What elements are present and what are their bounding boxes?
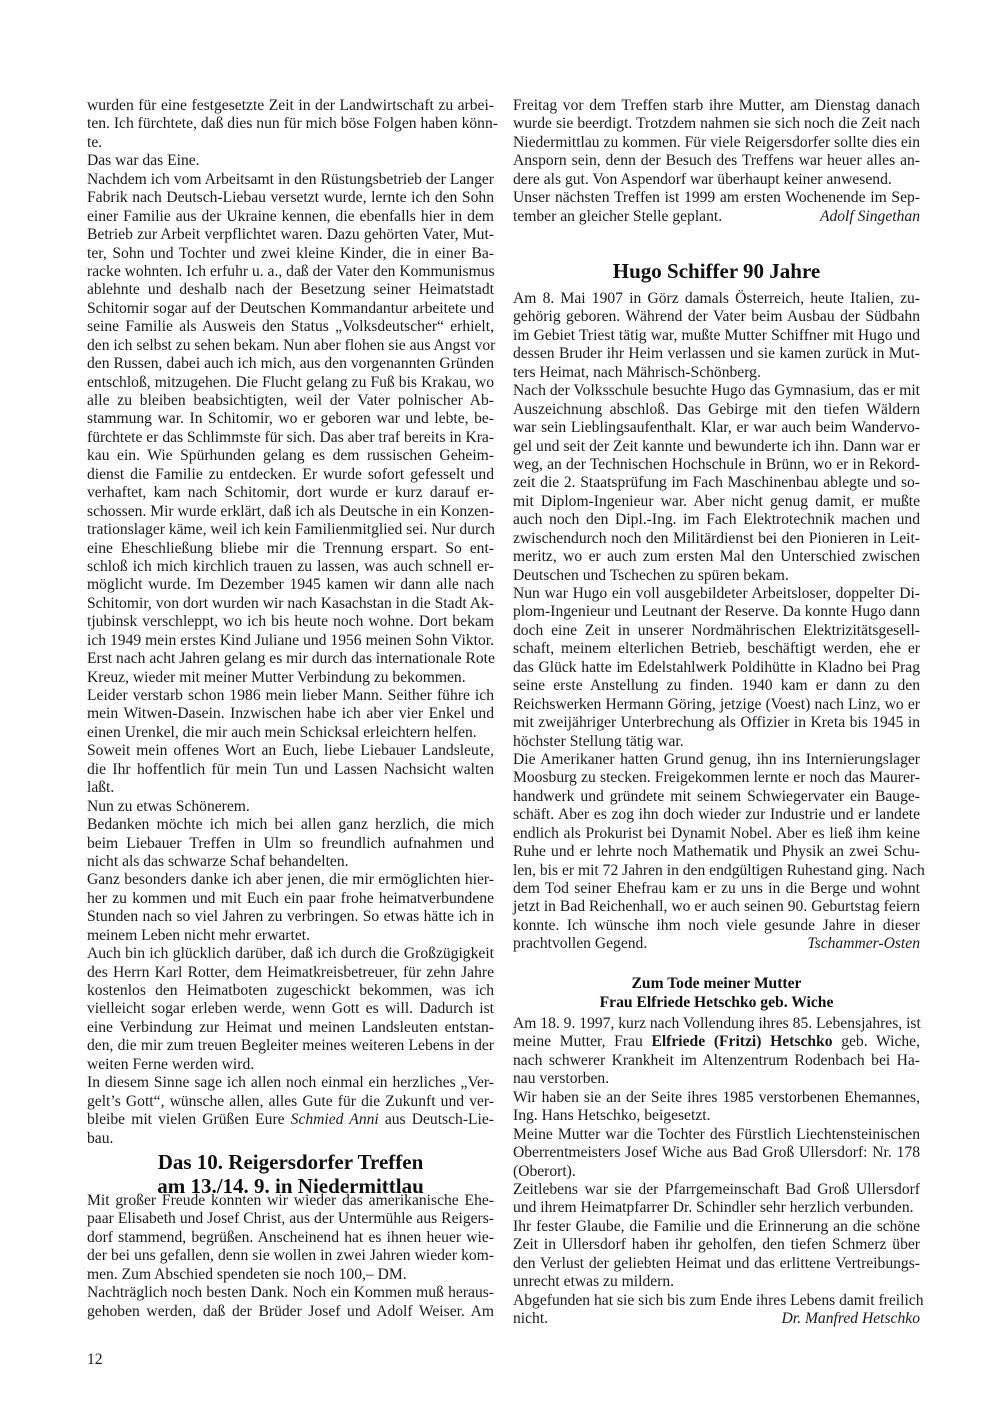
left-column: wurden für eine festgesetzte Zeit in der… bbox=[87, 97, 494, 1148]
text-line: ablehnte und deshalb nach der Besetzung … bbox=[87, 281, 494, 299]
text-line: Schitomir, von dort wurden wir nach Kasa… bbox=[87, 595, 494, 613]
text-line: kau ein. Wie Spürhunden gelang es dem ru… bbox=[87, 447, 494, 465]
text-line: Ruhe und er lehrte noch Mathematik und P… bbox=[513, 843, 920, 861]
text-line: einer Familie aus der Ukraine kennen, di… bbox=[87, 208, 494, 226]
heading-line-2: Frau Elfriede Hetschko geb. Wiche bbox=[513, 993, 920, 1012]
heading-line-1: Zum Tode meiner Mutter bbox=[513, 974, 920, 993]
closing-text: prachtvollen Gegend. bbox=[513, 935, 647, 953]
text-line: Fabrik nach Deutsch-Liebau versetzt wurd… bbox=[87, 189, 494, 207]
text-line: Leider verstarb schon 1986 mein lieber M… bbox=[87, 687, 494, 705]
text-line: weg, an der Technischen Hochschule in Br… bbox=[513, 456, 920, 474]
text-line: die Ihr hoffentlich für mein Tun und Las… bbox=[87, 761, 494, 779]
text-line: und ihrem Heimatpfarrer Dr. Schindler se… bbox=[513, 1199, 920, 1217]
text-line: racke wohnten. Ich erfuhr u. a., daß der… bbox=[87, 263, 494, 281]
text-line: len, bis er mit 72 Jahren in den endgült… bbox=[513, 862, 920, 880]
text-line: Meine Mutter war die Tochter des Fürstli… bbox=[513, 1126, 920, 1144]
author-signature: Dr. Manfred Hetschko bbox=[782, 1310, 920, 1328]
text-line: des Herrn Karl Rotter, dem Heimatkreisbe… bbox=[87, 964, 494, 982]
article-reigersdorfer-continued: Freitag vor dem Treffen starb ihre Mutte… bbox=[513, 97, 920, 226]
text-line: schloß ich mich kirchlich trauen zu lass… bbox=[87, 558, 494, 576]
text-line: Nun war Hugo ein voll ausgebildeter Arbe… bbox=[513, 585, 920, 603]
author-name: Schmied Anni bbox=[291, 1111, 379, 1128]
text-line: unrecht etwas zu mildern. bbox=[513, 1273, 920, 1291]
text-line: Ihr fester Glaube, die Familie und die E… bbox=[513, 1218, 920, 1236]
text-line: nau verstorben. bbox=[513, 1070, 920, 1088]
text-line: Das war das Eine. bbox=[87, 152, 494, 170]
text-line: Reichswerken Hermann Göring, jetzige (Vo… bbox=[513, 696, 920, 714]
text-line: In diesem Sinne sage ich allen noch einm… bbox=[87, 1074, 494, 1092]
text-line: trationslager käme, weil ich kein Famili… bbox=[87, 521, 494, 539]
text-line: seine Familie als Ausweis den Status „Vo… bbox=[87, 318, 494, 336]
text-line: den Russen, dabei auch ich mich, aus den… bbox=[87, 355, 494, 373]
page-number: 12 bbox=[87, 1351, 103, 1369]
text-line: tjubinsk verschleppt, wo ich bis heute n… bbox=[87, 613, 494, 631]
text-line: laßt. bbox=[87, 779, 494, 797]
text-line: Zeitlebens war sie der Pfarrgemeinschaft… bbox=[513, 1181, 920, 1199]
text-line: endlich als Prokurist bei Dynamit Nobel.… bbox=[513, 825, 920, 843]
text-line: alle zu bleiben beabsichtigten, weil der… bbox=[87, 392, 494, 410]
text-line: auch noch den Dipl.-Ing. im Fach Elektro… bbox=[513, 511, 920, 529]
text-line: fürchtete er das Schlimmste für sich. Da… bbox=[87, 429, 494, 447]
text-fragment: meine Mutter, Frau bbox=[513, 1033, 651, 1050]
text-line: gehörig geboren. Während der Vater beim … bbox=[513, 308, 920, 326]
text-line: entschloß, mitzugehen. Die Flucht gelang… bbox=[87, 374, 494, 392]
text-line: schossen. Mir wurde erklärt, daß ich als… bbox=[87, 503, 494, 521]
text-line: Niedermittlau zu kommen. Für viele Reige… bbox=[513, 134, 920, 152]
text-line: einen Urenkel, die mir auch mein Schicks… bbox=[87, 724, 494, 742]
closing-line: bleibe mit vielen Grüßen Eure Schmied An… bbox=[87, 1111, 494, 1129]
article-reigersdorfer-body: Mit großer Freude konnten wir wieder das… bbox=[87, 1192, 494, 1321]
text-line: der bei uns gefallen, denn sie wollen in… bbox=[87, 1247, 494, 1265]
author-signature: Adolf Singethan bbox=[820, 208, 920, 226]
text-line: dorf stammend, begrüßen. Anscheinend hat… bbox=[87, 1229, 494, 1247]
text-line: nach schwerer Krankheit im Altenzentrum … bbox=[513, 1052, 920, 1070]
text-line: war sein Lieblingsaufenthalt. Klar, er w… bbox=[513, 419, 920, 437]
text-line: Auch bin ich glücklich darüber, daß ich … bbox=[87, 945, 494, 963]
text-line: den Verlust der geliebten Heimat und das… bbox=[513, 1255, 920, 1273]
text-line: doch eine Zeit in unserer Nordmährischen… bbox=[513, 622, 920, 640]
text-line: den, die mir zum treuen Begleiter meines… bbox=[87, 1037, 494, 1055]
text-line: mit zweijähriger Unterbrechung als Offiz… bbox=[513, 714, 920, 732]
article-zum-tode-body: Am 18. 9. 1997, kurz nach Vollendung ihr… bbox=[513, 1015, 920, 1328]
text-line: schaft, meinem elterlichen Betrieb, besc… bbox=[513, 640, 920, 658]
text-line: Wir haben sie an der Seite ihres 1985 ve… bbox=[513, 1089, 920, 1107]
text-line: wurde sie beerdigt. Trotzdem nahmen sie … bbox=[513, 115, 920, 133]
text-line: kostenlos den Heimatboten zugeschickt be… bbox=[87, 982, 494, 1000]
text-line: gel und seit der Zeit kannte und bewunde… bbox=[513, 438, 920, 456]
text-line: Schitomir sogar auf der Deutschen Komman… bbox=[87, 300, 494, 318]
text-line: eine Eheschließung bliebe mir die Trennu… bbox=[87, 540, 494, 558]
text-line: mein Witwen-Dasein. Inzwischen habe ich … bbox=[87, 705, 494, 723]
text-line: zeit die 2. Staatsprüfung im Fach Maschi… bbox=[513, 474, 920, 492]
text-line: mit Diplom-Ingenieur war. Aber nicht gen… bbox=[513, 493, 920, 511]
text-line: weiten Ferne werden wird. bbox=[87, 1056, 494, 1074]
text-line: nicht als das schwarze Schaf behandelten… bbox=[87, 853, 494, 871]
text-line: dessen Bruder ihr Heim verlassen und sie… bbox=[513, 345, 920, 363]
text-line: höchster Stellung tätig war. bbox=[513, 733, 920, 751]
text-line: plom-Ingenieur und Leutnant der Reserve.… bbox=[513, 603, 920, 621]
article-hugo-schiffer-body: Am 8. Mai 1907 in Görz damals Österreich… bbox=[513, 290, 920, 954]
text-line: Kreuz, wieder mit meiner Mutter Verbindu… bbox=[87, 669, 494, 687]
text-line: Unser nächsten Treffen ist 1999 am erste… bbox=[513, 189, 920, 207]
text-line: wurden für eine festgesetzte Zeit in der… bbox=[87, 97, 494, 115]
text-line: her zu kommen und mit Euch ein paar froh… bbox=[87, 890, 494, 908]
text-line: Am 18. 9. 1997, kurz nach Vollendung ihr… bbox=[513, 1015, 920, 1033]
text-line: gelt’s Gott“, wünsche allen, alles Gute … bbox=[87, 1093, 494, 1111]
text-line: jetzt in Bad Reichenhall, wo er auch sei… bbox=[513, 898, 920, 916]
text-line: dere als gut. Von Aspendorf war überhaup… bbox=[513, 171, 920, 189]
text-line: eine Verbindung zur Heimat und meinen La… bbox=[87, 1019, 494, 1037]
text-line: meinem Leben nicht mehr erwartet. bbox=[87, 927, 494, 945]
text-line: Nach der Volksschule besuchte Hugo das G… bbox=[513, 382, 920, 400]
signature-line: nicht.Dr. Manfred Hetschko bbox=[513, 1310, 920, 1328]
text-line: Nun zu etwas Schönerem. bbox=[87, 798, 494, 816]
text-line: ter, Sohn und Tochter und zwei kleine Ki… bbox=[87, 245, 494, 263]
heading-line-1: Das 10. Reigersdorfer Treffen bbox=[87, 1150, 494, 1174]
text-line: Mit großer Freude konnten wir wieder das… bbox=[87, 1192, 494, 1210]
text-fragment: aus Deutsch-Lie- bbox=[379, 1111, 494, 1128]
text-line: meritz, wo er auch zum ersten Mal den Un… bbox=[513, 548, 920, 566]
text-line: meine Mutter, Frau Elfriede (Fritzi) Het… bbox=[513, 1033, 920, 1051]
heading-hugo-schiffer: Hugo Schiffer 90 Jahre bbox=[513, 259, 920, 283]
text-fragment: geb. Wiche, bbox=[833, 1033, 920, 1050]
text-fragment: bleibe mit vielen Grüßen Eure bbox=[87, 1111, 291, 1128]
text-line: stammung war. In Schitomir, wo er gebore… bbox=[87, 410, 494, 428]
text-line: schäft. Aber es zog ihn doch wieder zur … bbox=[513, 806, 920, 824]
text-line: Die Amerikaner hatten Grund genug, ihn i… bbox=[513, 751, 920, 769]
text-line: ters Heimat, nach Mährisch-Schönberg. bbox=[513, 364, 920, 382]
signature-line: tember an gleicher Stelle geplant.Adolf … bbox=[513, 208, 920, 226]
text-line: Betrieb zur Arbeit verpflichtet waren. D… bbox=[87, 226, 494, 244]
signature-line: prachtvollen Gegend.Tschammer-Osten bbox=[513, 935, 920, 953]
text-line: handwerk und gründete mit seinem Schwieg… bbox=[513, 788, 920, 806]
text-line: Stunden nach so viel Jahren zu verbringe… bbox=[87, 908, 494, 926]
text-line: bau. bbox=[87, 1130, 494, 1148]
text-line: Soweit mein offenes Wort an Euch, liebe … bbox=[87, 742, 494, 760]
text-line: Ansporn sein, denn der Besuch des Treffe… bbox=[513, 152, 920, 170]
text-line: verhaftet, kam nach Schitomir, dort wurd… bbox=[87, 484, 494, 502]
text-line: den ich selbst zu sehen bekam. Nun aber … bbox=[87, 337, 494, 355]
text-line: Erst nach acht Jahren gelang es mir durc… bbox=[87, 650, 494, 668]
text-line: Freitag vor dem Treffen starb ihre Mutte… bbox=[513, 97, 920, 115]
heading-reigersdorfer-treffen: Das 10. Reigersdorfer Treffen am 13./14.… bbox=[87, 1150, 494, 1198]
text-line: (Oberort). bbox=[513, 1163, 920, 1181]
text-line: im Gebiet Triest tätig war, mußte Mutter… bbox=[513, 327, 920, 345]
text-line: Ing. Hans Hetschko, beigesetzt. bbox=[513, 1107, 920, 1125]
text-line: das Glück hatte im Edelstahlwerk Poldihü… bbox=[513, 659, 920, 677]
closing-text: tember an gleicher Stelle geplant. bbox=[513, 208, 722, 226]
text-line: Oberrentmeisters Josef Wiche aus Bad Gro… bbox=[513, 1144, 920, 1162]
text-line: konnte. Ich wünsche ihm noch viele gesun… bbox=[513, 917, 920, 935]
text-line: Deutschen und Tschechen zu spüren bekam. bbox=[513, 567, 920, 585]
text-line: Nachdem ich vom Arbeitsamt in den Rüstun… bbox=[87, 171, 494, 189]
text-line: men. Zum Abschied spendeten sie noch 100… bbox=[87, 1266, 494, 1284]
text-line: vielleicht sogar erleben werde, wenn Got… bbox=[87, 1000, 494, 1018]
text-line: beim Liebauer Treffen in Ulm so freundli… bbox=[87, 835, 494, 853]
text-line: dem Tod seiner Ehefrau kam er zu uns in … bbox=[513, 880, 920, 898]
text-line: Ganz besonders danke ich aber jenen, die… bbox=[87, 871, 494, 889]
text-line: Moosburg zu stecken. Freigekommen lernte… bbox=[513, 769, 920, 787]
text-line: Abgefunden hat sie sich bis zum Ende ihr… bbox=[513, 1292, 920, 1310]
text-line: seine erste Anstellung zu finden. 1940 k… bbox=[513, 677, 920, 695]
text-line: Am 8. Mai 1907 in Görz damals Österreich… bbox=[513, 290, 920, 308]
text-line: dienst die Familie zu entdecken. Er wurd… bbox=[87, 466, 494, 484]
text-line: paar Elisabeth und Josef Christ, aus der… bbox=[87, 1210, 494, 1228]
heading-zum-tode: Zum Tode meiner Mutter Frau Elfriede Het… bbox=[513, 974, 920, 1012]
deceased-name: Elfriede (Fritzi) Hetschko bbox=[651, 1033, 832, 1050]
text-line: gehoben werden, daß der Brüder Josef und… bbox=[87, 1303, 494, 1321]
text-line: Zeit in Ullersdorf haben ihr geholfen, d… bbox=[513, 1236, 920, 1254]
text-line: zwischendurch noch den Militärdienst bei… bbox=[513, 530, 920, 548]
closing-text: nicht. bbox=[513, 1310, 548, 1328]
text-line: ten. Ich fürchtete, daß dies nun für mic… bbox=[87, 115, 494, 133]
text-line: Auszeichnung abschloß. Das Gebirge mit d… bbox=[513, 401, 920, 419]
text-line: möglicht wurde. Im Dezember 1945 kamen w… bbox=[87, 576, 494, 594]
author-signature: Tschammer-Osten bbox=[807, 935, 920, 953]
text-line: ich 1949 mein erstes Kind Juliane und 19… bbox=[87, 632, 494, 650]
text-line: te. bbox=[87, 134, 494, 152]
text-line: Bedanken möchte ich mich bei allen ganz … bbox=[87, 816, 494, 834]
text-line: Nachträglich noch besten Dank. Noch ein … bbox=[87, 1284, 494, 1302]
